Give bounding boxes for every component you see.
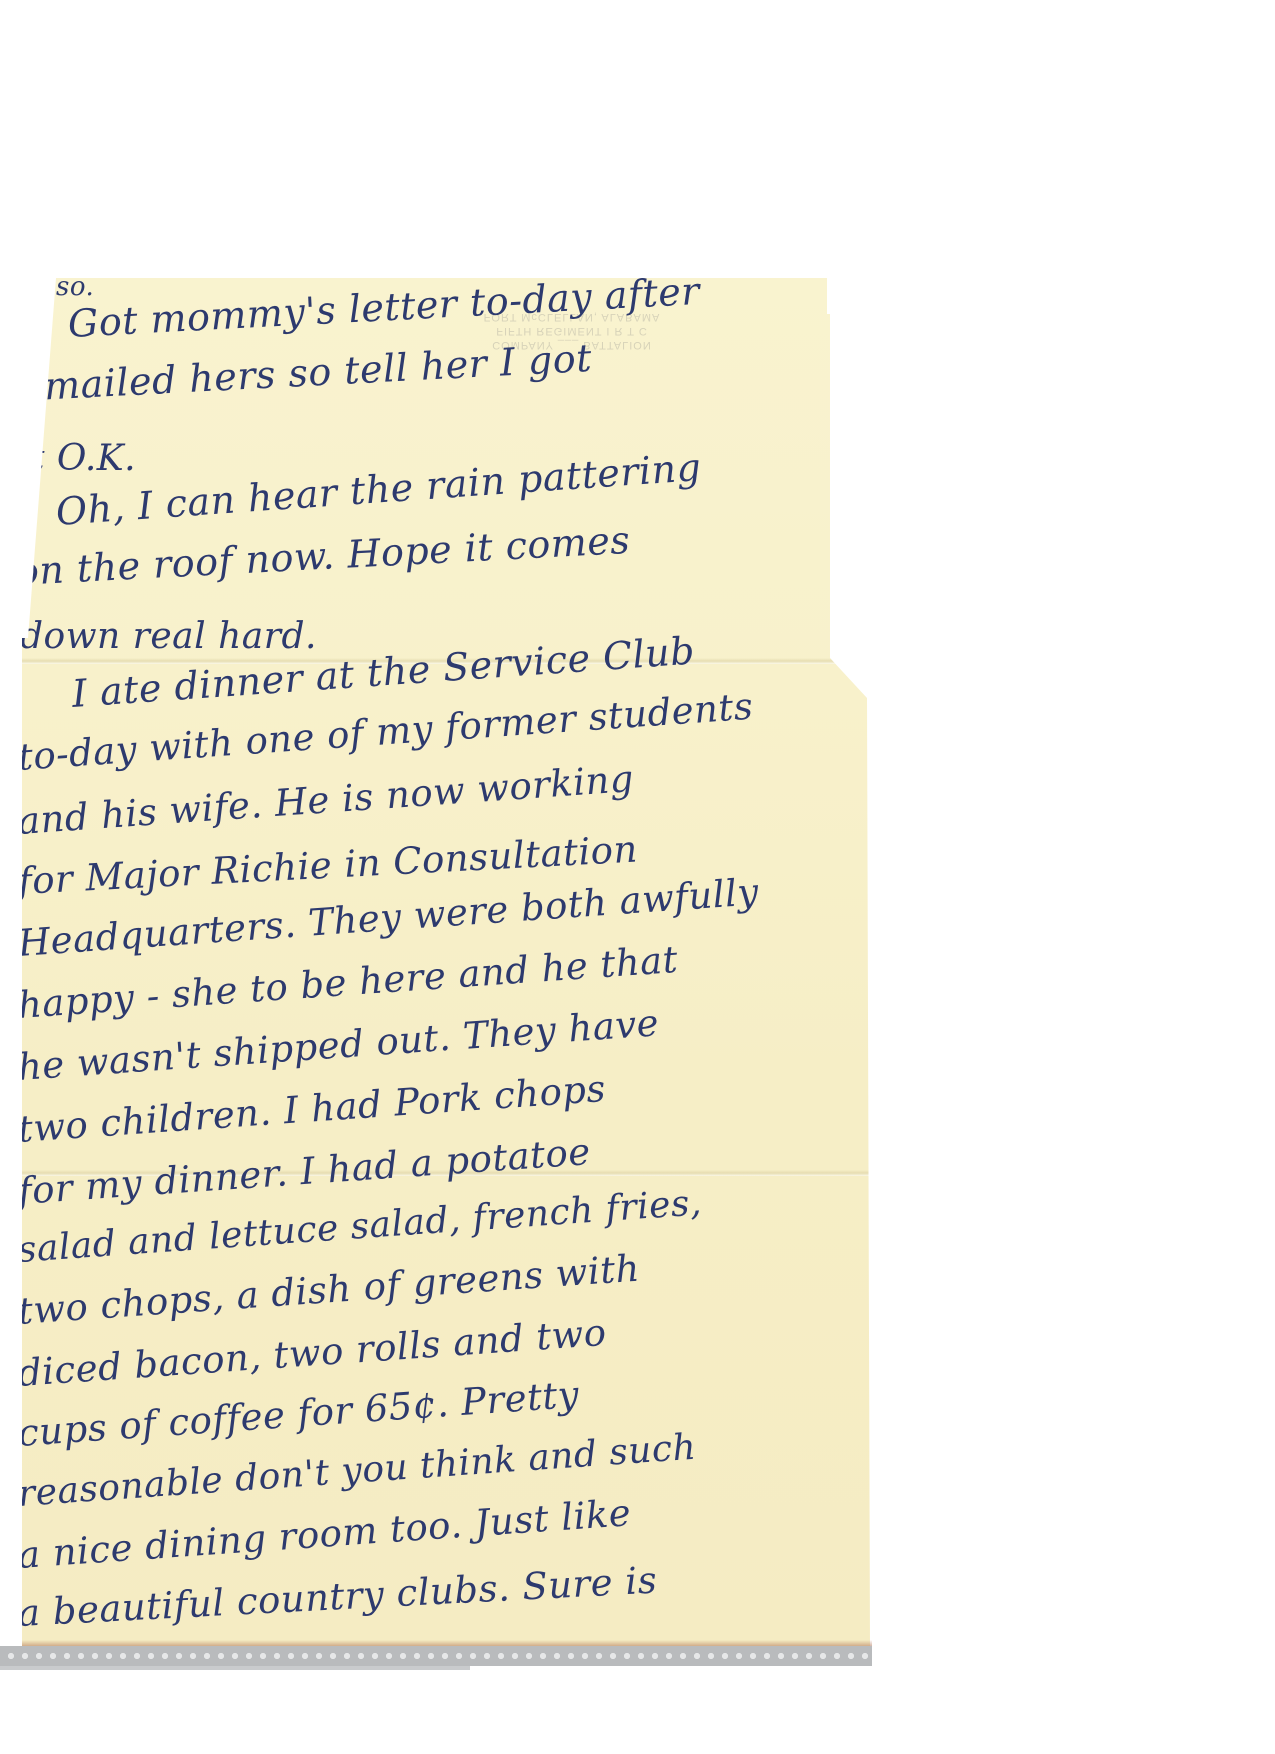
letter-line: I mailed hers so tell her I got	[15, 336, 593, 410]
scanned-page: COMPANY ___ BATTALION FIFTH REGIMENT I R…	[0, 0, 1275, 1754]
letter-line: down real hard.	[20, 616, 317, 657]
perforated-strip-tail	[0, 1666, 470, 1670]
letter-sheet: COMPANY ___ BATTALION FIFTH REGIMENT I R…	[22, 278, 872, 1646]
perforated-strip	[0, 1646, 872, 1666]
letter-body: so. Got mommy's letter to-day after I ma…	[22, 278, 872, 1646]
letter-line: it O.K.	[18, 438, 136, 479]
letter-line: so.	[56, 272, 94, 302]
letter-line: Got mommy's letter to-day after	[67, 269, 701, 346]
